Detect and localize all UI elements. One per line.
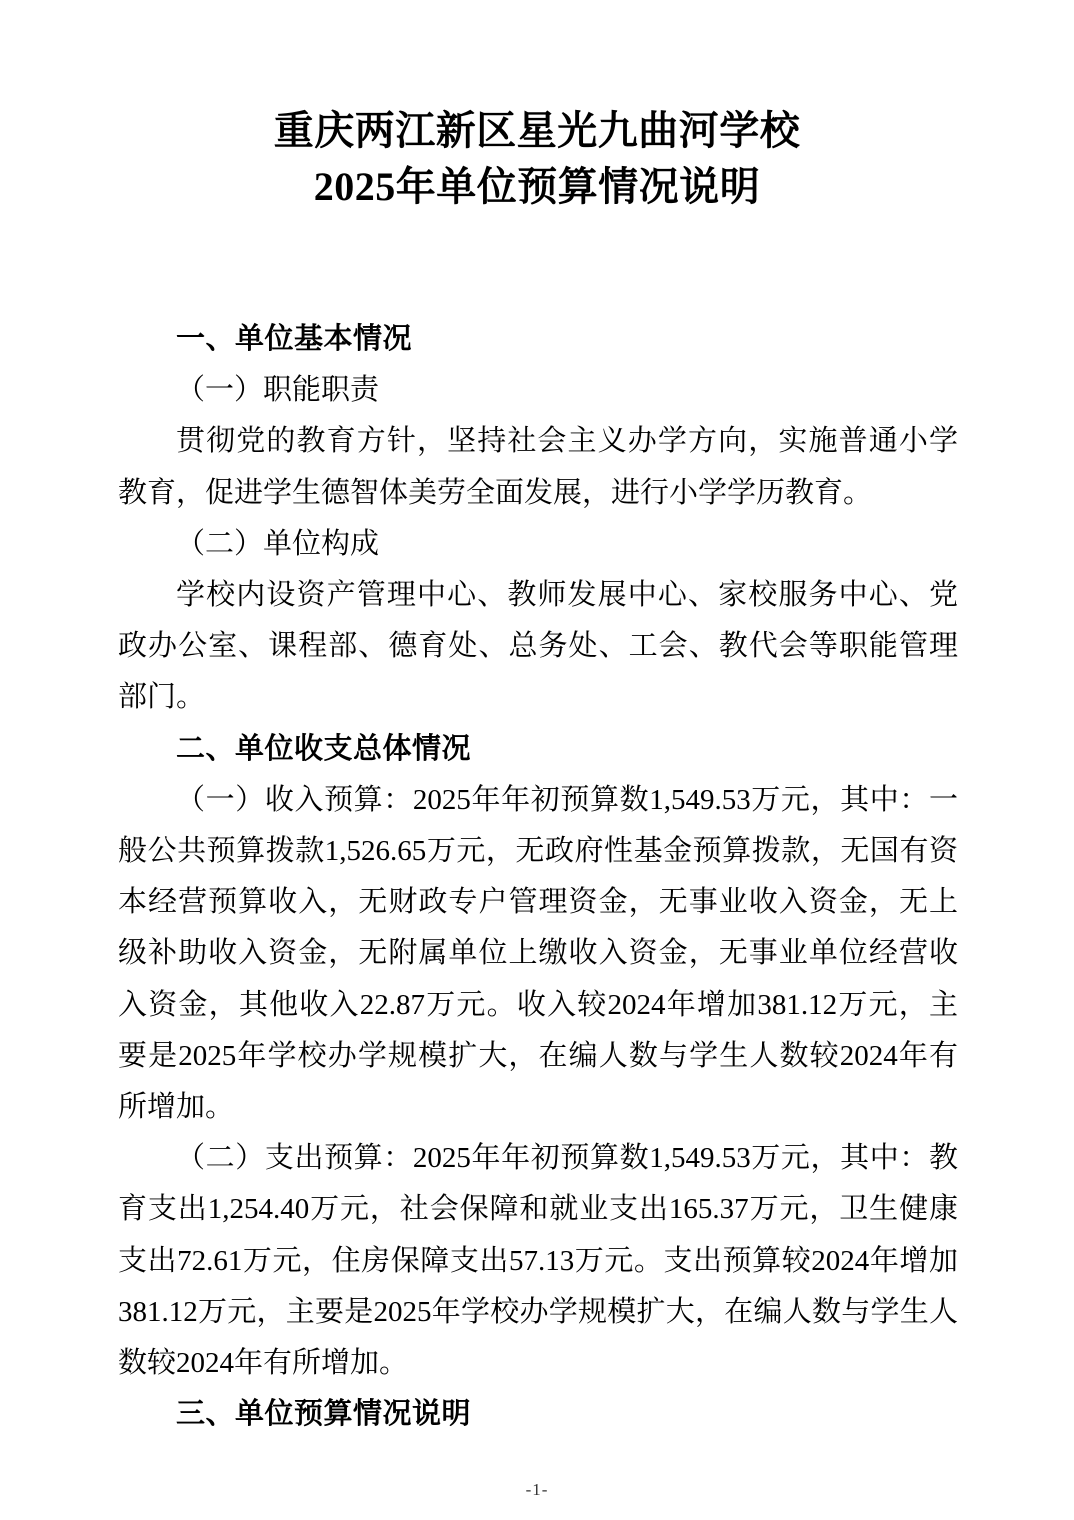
section-heading-2: 二、单位收支总体情况: [118, 724, 958, 775]
subsection-heading-1-2: （二）单位构成: [118, 519, 958, 570]
paragraph-composition: 学校内设资产管理中心、教师发展中心、家校服务中心、党政办公室、课程部、德育处、总…: [118, 570, 958, 724]
document-page: 重庆两江新区星光九曲河学校 2025年单位预算情况说明 一、单位基本情况 （一）…: [0, 0, 1074, 1520]
paragraph-income-budget: （一）收入预算：2025年年初预算数1,549.53万元，其中：一般公共预算拨款…: [118, 775, 958, 1133]
section-heading-1: 一、单位基本情况: [118, 314, 958, 365]
section-heading-3: 三、单位预算情况说明: [118, 1389, 958, 1440]
document-body: 一、单位基本情况 （一）职能职责 贯彻党的教育方针，坚持社会主义办学方向，实施普…: [118, 314, 958, 1440]
paragraph-duties: 贯彻党的教育方针，坚持社会主义办学方向，实施普通小学教育，促进学生德智体美劳全面…: [118, 416, 958, 518]
document-title: 重庆两江新区星光九曲河学校 2025年单位预算情况说明: [0, 103, 1074, 215]
paragraph-expense-budget: （二）支出预算：2025年年初预算数1,549.53万元，其中：教育支出1,25…: [118, 1133, 958, 1389]
page-number: -1-: [0, 1480, 1074, 1500]
document-title-line-1: 重庆两江新区星光九曲河学校: [0, 103, 1074, 159]
document-title-line-2: 2025年单位预算情况说明: [0, 159, 1074, 215]
subsection-heading-1-1: （一）职能职责: [118, 365, 958, 416]
